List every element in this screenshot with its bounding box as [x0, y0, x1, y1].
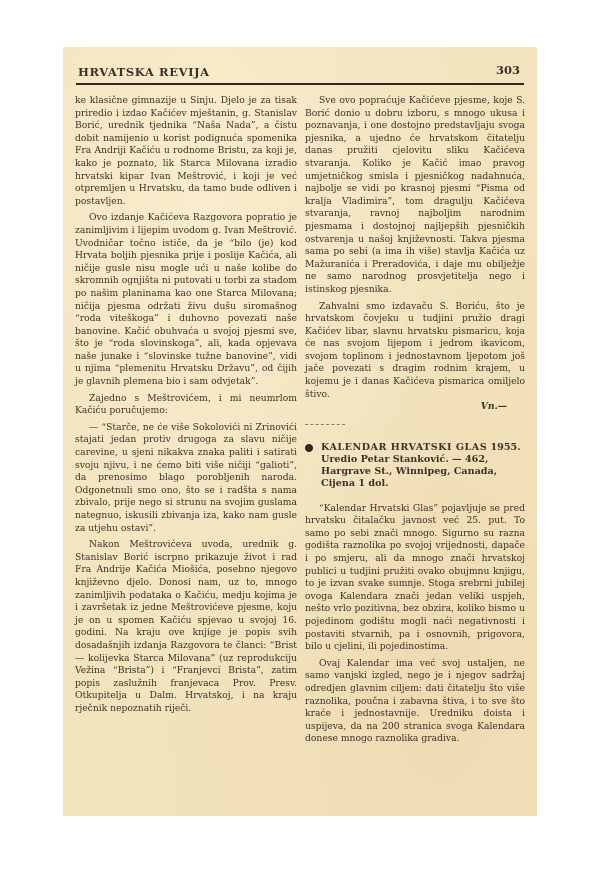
quotation: — “Starče, ne će više Sokolovići ni Zrin… — [75, 422, 297, 535]
paragraph: Nakon Meštrovićeva uvoda, urednik g. Sta… — [75, 539, 297, 715]
running-header: HRVATSKA REVIJA 303 — [76, 63, 524, 83]
author-signature: Vn.— — [305, 401, 507, 414]
paragraph: “Kalendar Hrvatski Glas” pojavljuje se p… — [305, 503, 525, 654]
paragraph: Zajedno s Meštrovićem, i mi neumrlom Kač… — [75, 393, 297, 418]
review-entry-heading: KALENDAR HRVATSKI GLAS 1955. Uredio Peta… — [305, 442, 525, 491]
bullet-icon — [305, 444, 313, 452]
left-column: ke klasične gimnazije u Sinju. Djelo je … — [75, 95, 297, 716]
paragraph: Ovaj Kalendar ima već svoj ustaljen, ne … — [305, 658, 525, 746]
journal-title: HRVATSKA REVIJA — [78, 65, 210, 79]
right-column: Sve ovo popraćuje Kačićeve pjesme, koje … — [305, 95, 525, 746]
paragraph: ke klasične gimnazije u Sinju. Djelo je … — [75, 95, 297, 208]
paragraph: Zahvalni smo izdavaču S. Boriću, što je … — [305, 301, 525, 402]
header-rule — [76, 83, 524, 85]
page-number: 303 — [496, 63, 520, 77]
scanned-page: HRVATSKA REVIJA 303 ke klasične gimnazij… — [63, 47, 537, 816]
entry-title: KALENDAR HRVATSKI GLAS — [321, 442, 487, 453]
paragraph: Sve ovo popraćuje Kačićeve pjesme, koje … — [305, 95, 525, 297]
paragraph: Ovo izdanje Kačićeva Razgovora popratio … — [75, 212, 297, 388]
section-separator — [305, 424, 345, 426]
